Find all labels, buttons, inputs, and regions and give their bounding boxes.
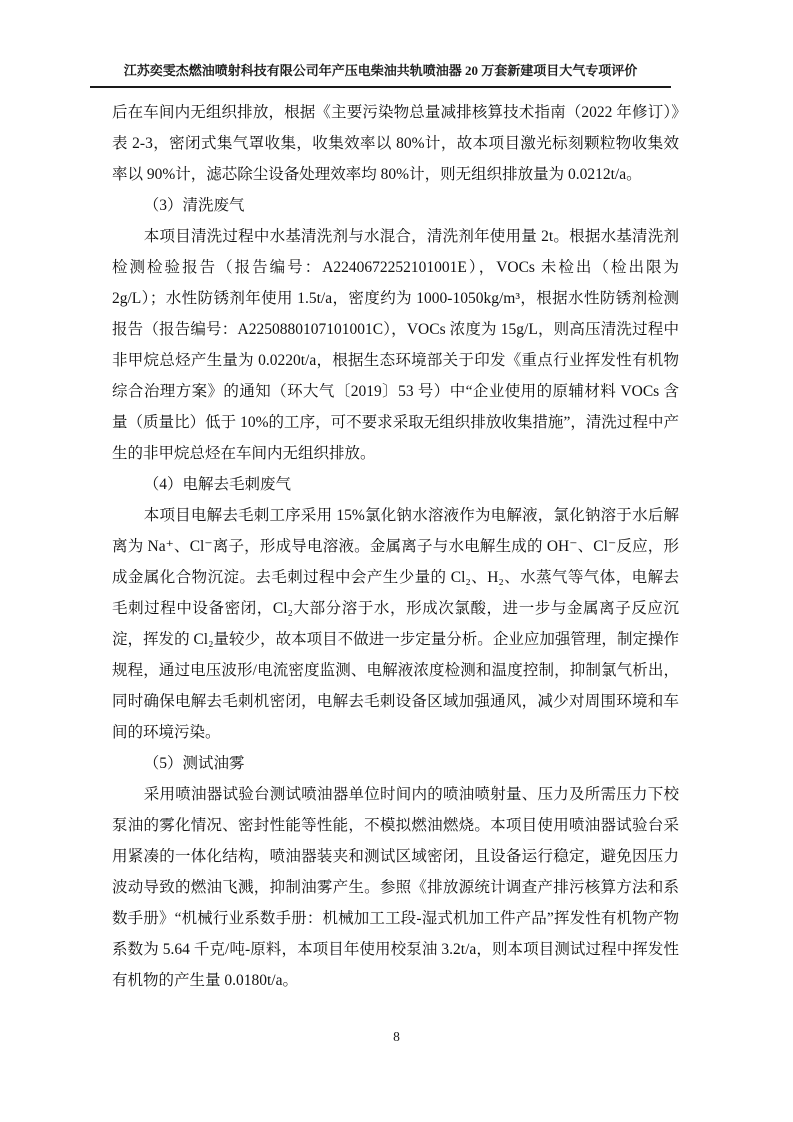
document-body: 后在车间内无组织排放，根据《主要污染物总量减排核算技术指南（2022 年修订）》…	[112, 97, 679, 996]
body-paragraph: 后在车间内无组织排放，根据《主要污染物总量减排核算技术指南（2022 年修订）》…	[112, 97, 679, 190]
header-rule	[90, 86, 671, 88]
section-heading: （5）测试油雾	[112, 748, 679, 779]
body-paragraph: 本项目清洗过程中水基清洗剂与水混合，清洗剂年使用量 2t。根据水基清洗剂检测检验…	[112, 221, 679, 469]
page-number: 8	[393, 1029, 400, 1044]
header-title: 江苏奕雯杰燃油喷射科技有限公司年产压电柴油共轨喷油器 20 万套新建项目大气专项…	[124, 63, 638, 78]
body-paragraph: 采用喷油器试验台测试喷油器单位时间内的喷油喷射量、压力及所需压力下校泵油的雾化情…	[112, 779, 679, 996]
section-heading: （4）电解去毛刺废气	[112, 469, 679, 500]
section-heading: （3）清洗废气	[112, 190, 679, 221]
body-paragraph: 本项目电解去毛刺工序采用 15%氯化钠水溶液作为电解液，氯化钠溶于水后解离为 N…	[112, 500, 679, 748]
report-page: 江苏奕雯杰燃油喷射科技有限公司年产压电柴油共轨喷油器 20 万套新建项目大气专项…	[0, 0, 793, 1122]
page-header: 江苏奕雯杰燃油喷射科技有限公司年产压电柴油共轨喷油器 20 万套新建项目大气专项…	[90, 61, 671, 81]
page-footer: 8	[0, 1028, 793, 1046]
